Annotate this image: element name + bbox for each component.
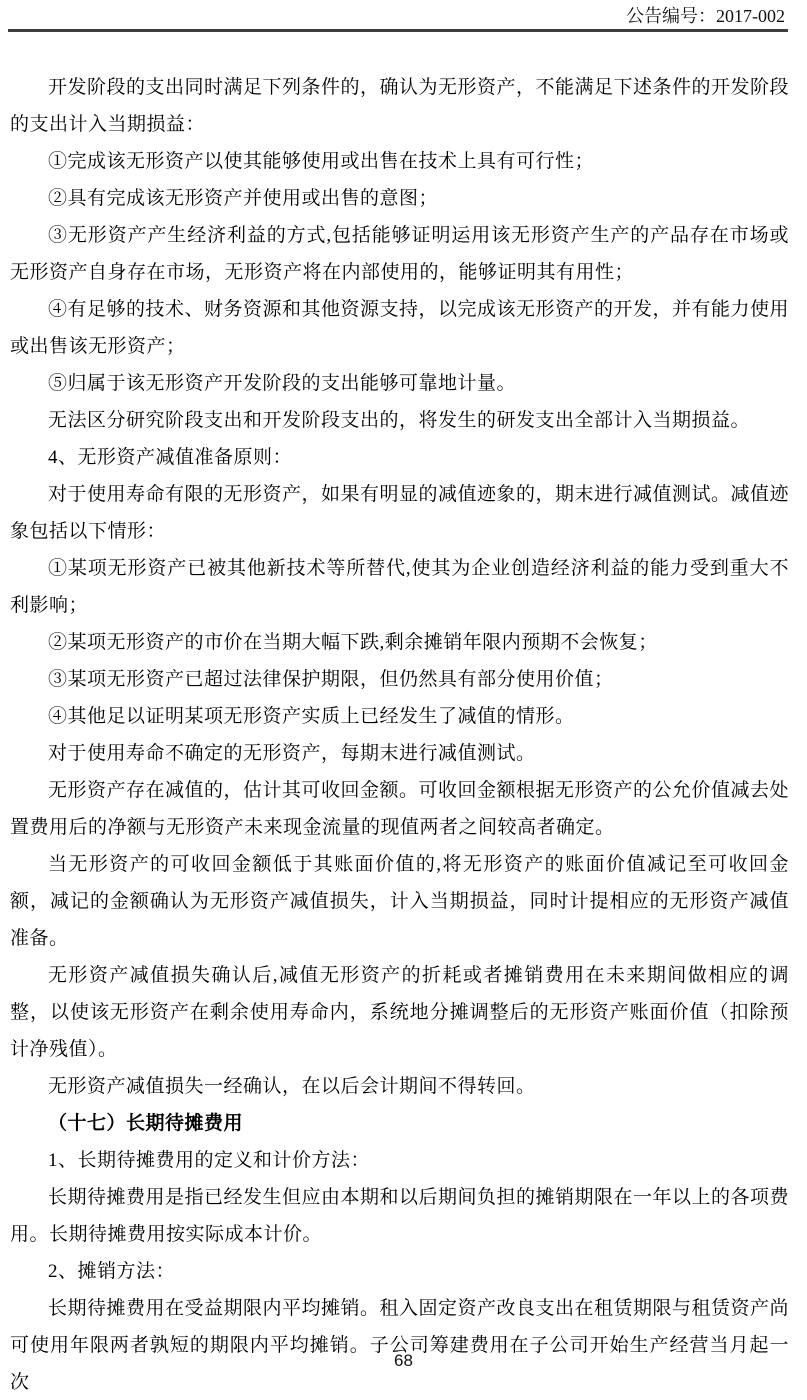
paragraph: ②某项无形资产的市价在当期大幅下跌,剩余摊销年限内预期不会恢复； — [10, 624, 789, 661]
page-number: 68 — [394, 1351, 413, 1370]
paragraph: 1、长期待摊费用的定义和计价方法： — [10, 1142, 789, 1179]
paragraph: 开发阶段的支出同时满足下列条件的，确认为无形资产，不能满足下述条件的开发阶段的支… — [10, 69, 789, 143]
paragraph: 无法区分研究阶段支出和开发阶段支出的，将发生的研发支出全部计入当期损益。 — [10, 402, 789, 439]
announcement-number: 公告编号：2017-002 — [626, 6, 785, 26]
paragraph: 2、摊销方法： — [10, 1253, 789, 1290]
paragraph: ①完成该无形资产以使其能够使用或出售在技术上具有可行性； — [10, 143, 789, 180]
paragraph: 长期待摊费用在受益期限内平均摊销。租入固定资产改良支出在租赁期限与租赁资产尚可使… — [10, 1290, 789, 1400]
paragraph: 无形资产存在减值的，估计其可收回金额。可收回金额根据无形资产的公允价值减去处置费… — [10, 772, 789, 846]
document-page: 公告编号：2017-002 开发阶段的支出同时满足下列条件的，确认为无形资产，不… — [0, 0, 807, 1400]
paragraph: ③无形资产产生经济利益的方式,包括能够证明运用该无形资产生产的产品存在市场或无形… — [10, 217, 789, 291]
paragraph: 当无形资产的可收回金额低于其账面价值的,将无形资产的账面价值减记至可收回金额，减… — [10, 846, 789, 957]
page-footer: 68 — [0, 1350, 807, 1372]
page-header: 公告编号：2017-002 — [0, 0, 807, 26]
paragraph: ⑤归属于该无形资产开发阶段的支出能够可靠地计量。 — [10, 365, 789, 402]
paragraph: ②具有完成该无形资产并使用或出售的意图； — [10, 180, 789, 217]
paragraph: 对于使用寿命有限的无形资产，如果有明显的减值迹象的，期末进行减值测试。减值迹象包… — [10, 476, 789, 550]
section-heading: （十七）长期待摊费用 — [10, 1105, 789, 1142]
paragraph: ①某项无形资产已被其他新技术等所替代,使其为企业创造经济利益的能力受到重大不利影… — [10, 550, 789, 624]
paragraph: 无形资产减值损失确认后,减值无形资产的折耗或者摊销费用在未来期间做相应的调整，以… — [10, 957, 789, 1068]
document-body: 开发阶段的支出同时满足下列条件的，确认为无形资产，不能满足下述条件的开发阶段的支… — [0, 32, 807, 1400]
paragraph: ③某项无形资产已超过法律保护期限，但仍然具有部分使用价值； — [10, 661, 789, 698]
paragraph: 4、无形资产减值准备原则： — [10, 439, 789, 476]
paragraph: ④其他足以证明某项无形资产实质上已经发生了减值的情形。 — [10, 698, 789, 735]
paragraph: 长期待摊费用是指已经发生但应由本期和以后期间负担的摊销期限在一年以上的各项费用。… — [10, 1179, 789, 1253]
paragraph: 无形资产减值损失一经确认，在以后会计期间不得转回。 — [10, 1068, 789, 1105]
paragraph: ④有足够的技术、财务资源和其他资源支持，以完成该无形资产的开发，并有能力使用或出… — [10, 291, 789, 365]
paragraph: 对于使用寿命不确定的无形资产，每期末进行减值测试。 — [10, 735, 789, 772]
